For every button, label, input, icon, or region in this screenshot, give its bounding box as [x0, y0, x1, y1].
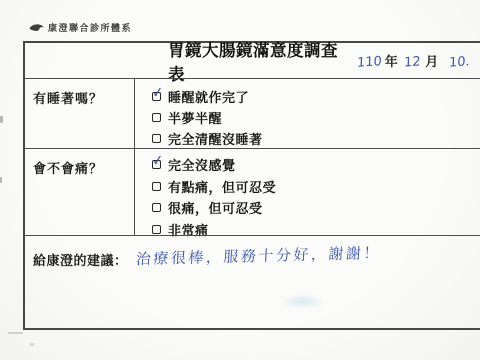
question-row-sleep: 有睡著嗎？ 睡醒就作完了 半夢半醒 完全清醒沒睡著	[25, 78, 480, 148]
title-row: 胃鏡大腸鏡滿意度調查表 110 年 12 月 10. 日	[25, 43, 480, 78]
survey-table: 胃鏡大腸鏡滿意度調查表 110 年 12 月 10. 日 有睡著嗎？ 睡醒就作完…	[23, 41, 480, 330]
ink-smudge	[280, 294, 326, 309]
checkbox-icon	[152, 134, 161, 143]
suggestion-label: 給康澄的建議：	[25, 236, 128, 269]
checkbox-icon	[152, 92, 161, 101]
date-year-label: 年	[385, 51, 398, 70]
clinic-logo: 康澄聯合診所體系	[29, 21, 132, 34]
scan-speck	[30, 343, 34, 346]
option-row: 半夢半醒	[152, 107, 480, 128]
option-label: 有點痛，但可忍受	[168, 177, 276, 196]
option-row: 有點痛，但可忍受	[152, 176, 480, 198]
option-row: 完全沒感覺	[152, 154, 480, 176]
checkbox-icon	[152, 113, 161, 122]
question-row-pain: 會不會痛？ 完全沒感覺 有點痛，但可忍受 很痛，但可忍受 非常痛	[25, 148, 480, 235]
date-group: 110 年 12 月 10. 日	[357, 51, 480, 70]
option-label: 很痛，但可忍受	[168, 198, 263, 217]
bird-logo-icon	[29, 23, 44, 32]
options-sleep: 睡醒就作完了 半夢半醒 完全清醒沒睡著	[135, 79, 480, 148]
option-row: 完全清醒沒睡著	[152, 128, 480, 149]
clinic-logo-text: 康澄聯合診所體系	[48, 21, 132, 34]
option-label: 完全清醒沒睡著	[168, 129, 263, 148]
scan-speck	[0, 177, 2, 183]
option-row: 很痛，但可忍受	[152, 197, 480, 219]
scan-speck	[0, 116, 3, 123]
date-day-value: 10.	[449, 54, 470, 71]
checkbox-icon	[152, 203, 161, 212]
scan-speck	[8, 332, 23, 334]
date-year-value: 110	[357, 54, 382, 71]
suggestion-row: 給康澄的建議： 治療很棒，服務十分好，謝謝！	[25, 235, 480, 328]
options-pain: 完全沒感覺 有點痛，但可忍受 很痛，但可忍受 非常痛	[135, 149, 480, 235]
option-label: 半夢半醒	[168, 108, 222, 127]
option-label: 完全沒感覺	[168, 155, 236, 174]
question-label-sleep: 有睡著嗎？	[25, 79, 135, 148]
checkbox-icon	[152, 182, 161, 191]
question-label-pain: 會不會痛？	[25, 149, 135, 235]
date-month-value: 12	[403, 54, 420, 70]
checkbox-icon	[152, 225, 161, 234]
suggestion-handwritten-text: 治療很棒，服務十分好，謝謝！	[135, 242, 381, 269]
option-label: 睡醒就作完了	[168, 87, 249, 106]
option-row: 睡醒就作完了	[152, 86, 480, 107]
date-month-label: 月	[425, 51, 438, 70]
checkbox-icon	[152, 160, 161, 169]
